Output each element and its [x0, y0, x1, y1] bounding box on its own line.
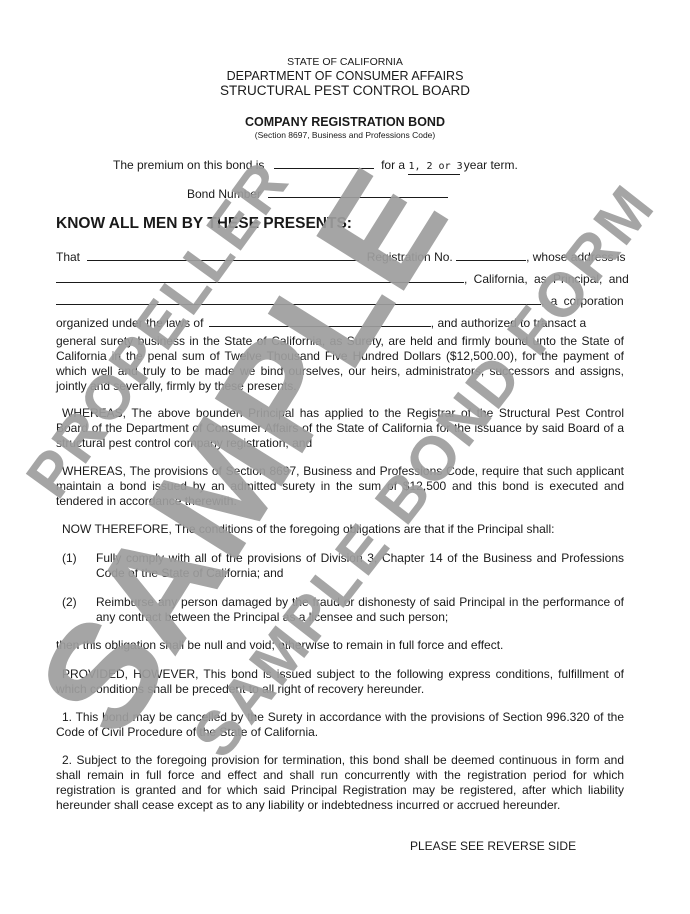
organized-state-field[interactable] [209, 315, 431, 327]
premium-label: The premium on this bond is [113, 158, 264, 172]
corporation-suffix: , a corporation [541, 294, 624, 308]
that-label: That [56, 250, 80, 264]
address-suffix: , whose address is [526, 250, 625, 264]
principal-line-2: , California, as Principal, and [56, 271, 624, 286]
premium-field[interactable] [274, 157, 374, 169]
bond-number-line: Bond Number [187, 186, 448, 201]
provision-2-paragraph: 2. Subject to the foregoing provision fo… [56, 753, 624, 813]
bond-number-field[interactable] [268, 186, 448, 198]
principal-line-1: That Registration No. , whose address is [56, 249, 624, 264]
whereas-paragraph-2: WHEREAS, The provisions of Section 8697,… [56, 464, 624, 509]
provision-1-paragraph: 1. This bond may be cancelled by the Sur… [56, 710, 624, 740]
term-label: for a [381, 158, 405, 172]
surety-name-field[interactable] [56, 293, 541, 305]
authorized-suffix: , and authorized to transact a [431, 316, 586, 330]
principal-line-4: organized under the laws of , and author… [56, 315, 586, 330]
provided-paragraph: PROVIDED, HOWEVER, This bond is issued s… [56, 667, 624, 697]
whereas-paragraph-1: WHEREAS, The above bounden Principal has… [56, 406, 624, 451]
header-board: STRUCTURAL PEST CONTROL BOARD [0, 83, 690, 98]
organized-label: organized under the laws of [56, 316, 203, 330]
bond-number-label: Bond Number [187, 187, 261, 201]
registration-label: Registration No. [367, 250, 453, 264]
null-void-paragraph: then this obligation shall be null and v… [56, 638, 624, 653]
principal-line-3: , a corporation [56, 293, 624, 308]
condition-2-number: (2) [62, 595, 77, 609]
term-suffix: year term. [464, 158, 518, 172]
premium-line: The premium on this bond is for a 1, 2 o… [113, 157, 518, 175]
california-suffix: , California, as Principal, and [464, 272, 629, 286]
surety-paragraph: general surety business in the State of … [56, 334, 624, 394]
condition-1-text: Fully comply with all of the provisions … [96, 551, 624, 581]
document-title: COMPANY REGISTRATION BOND [0, 115, 690, 129]
condition-1-number: (1) [62, 551, 77, 565]
address-field[interactable] [56, 271, 464, 283]
document-subtitle: (Section 8697, Business and Professions … [0, 130, 690, 140]
now-therefore-paragraph: NOW THEREFORE, The conditions of the for… [56, 522, 624, 537]
principal-name-field[interactable] [87, 249, 359, 261]
registration-no-field[interactable] [456, 249, 526, 261]
know-all-men-heading: KNOW ALL MEN BY THESE PRESENTS: [56, 215, 352, 233]
header-department: DEPARTMENT OF CONSUMER AFFAIRS [0, 69, 690, 83]
term-field[interactable]: 1, 2 or 3 [408, 162, 460, 175]
bond-document-page: STATE OF CALIFORNIA DEPARTMENT OF CONSUM… [0, 0, 690, 914]
header-state: STATE OF CALIFORNIA [0, 56, 690, 68]
condition-2-text: Reimburse any person damaged by the frau… [96, 595, 624, 625]
reverse-side-note: PLEASE SEE REVERSE SIDE [410, 839, 576, 853]
